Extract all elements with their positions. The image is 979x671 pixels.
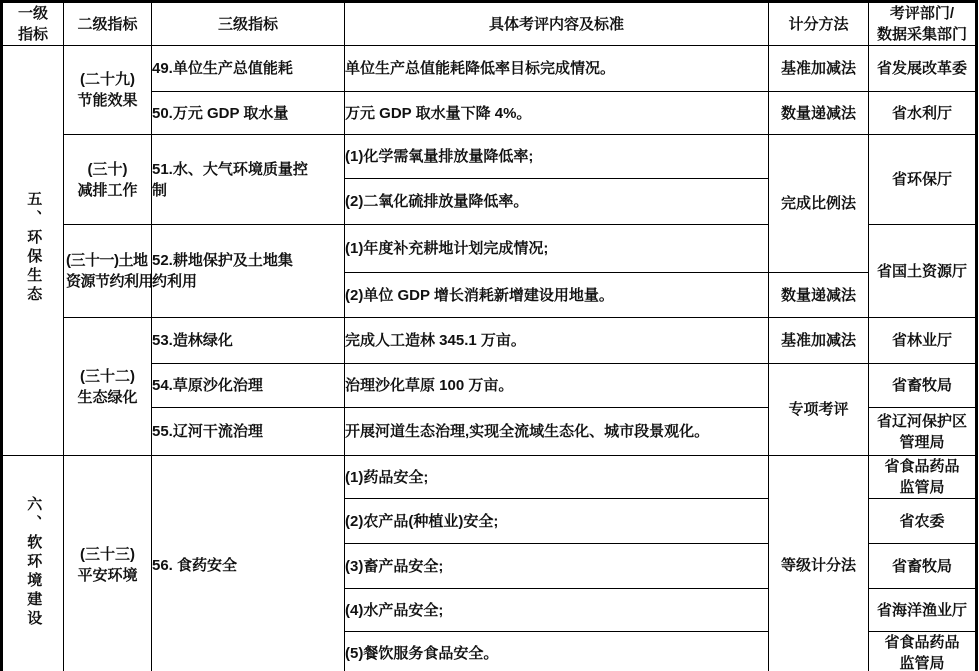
cell-level2-31: (三十一)土地 资源节约利用 [64,225,152,318]
level1-vertical-label: 六、软环境建设 [25,496,42,629]
cell-content-49: 单位生产总值能耗降低率目标完成情况。 [345,46,769,92]
cell-level3-56: 56. 食药安全 [152,456,345,671]
cell-method-49: 基准加减法 [769,46,869,92]
cell-level3-52: 52.耕地保护及土地集 约利用 [152,225,345,318]
cell-dept-56-2: 省农委 [869,499,977,544]
header-level1: 一级 指标 [2,2,64,46]
table-row: 六、软环境建设 (三十三) 平安环境 56. 食药安全 (1)药品安全; 等级计… [2,456,977,499]
cell-dept-49: 省发展改革委 [869,46,977,92]
cell-dept-56-3: 省畜牧局 [869,544,977,589]
cell-content-55: 开展河道生态治理,实现全流域生态化、城市段景观化。 [345,408,769,456]
cell-content-56-4: (4)水产品安全; [345,589,769,632]
document-page: 一级 指标 二级指标 三级指标 具体考评内容及标准 计分方法 考评部门/ 数据采… [0,0,979,671]
cell-content-51-1: (1)化学需氧量排放量降低率; [345,135,769,179]
cell-level2-29: (二十九) 节能效果 [64,46,152,135]
cell-level3-55: 55.辽河干流治理 [152,408,345,456]
cell-method-52-2: 数量递减法 [769,273,869,318]
header-dept-line2: 数据采集部门 [869,24,975,45]
header-content: 具体考评内容及标准 [345,2,769,46]
evaluation-table: 一级 指标 二级指标 三级指标 具体考评内容及标准 计分方法 考评部门/ 数据采… [0,0,978,671]
cell-dept-53: 省林业厅 [869,318,977,364]
cell-content-52-2: (2)单位 GDP 增长消耗新增建设用地量。 [345,273,769,318]
cell-level3-50: 50.万元 GDP 取水量 [152,92,345,135]
cell-dept-55: 省辽河保护区 管理局 [869,408,977,456]
header-method: 计分方法 [769,2,869,46]
table-row: (三十二) 生态绿化 53.造林绿化 完成人工造林 345.1 万亩。 基准加减… [2,318,977,364]
cell-method-51: 完成比例法 [769,135,869,273]
cell-level2-33: (三十三) 平安环境 [64,456,152,671]
cell-content-53: 完成人工造林 345.1 万亩。 [345,318,769,364]
cell-content-52-1: (1)年度补充耕地计划完成情况; [345,225,769,273]
cell-level3-53: 53.造林绿化 [152,318,345,364]
header-level3: 三级指标 [152,2,345,46]
cell-dept-51: 省环保厅 [869,135,977,225]
table-row: 五、环保生态 (二十九) 节能效果 49.单位生产总值能耗 单位生产总值能耗降低… [2,46,977,92]
cell-level3-54: 54.草原沙化治理 [152,364,345,408]
level1-vertical-label: 五、环保生态 [25,191,42,305]
cell-content-56-5: (5)餐饮服务食品安全。 [345,632,769,671]
cell-dept-56-1: 省食品药品 监管局 [869,456,977,499]
cell-content-50: 万元 GDP 取水量下降 4%。 [345,92,769,135]
table-row: (三十) 减排工作 51.水、大气环境质量控 制 (1)化学需氧量排放量降低率;… [2,135,977,179]
cell-method-54: 专项考评 [769,364,869,456]
cell-method-50: 数量递减法 [769,92,869,135]
cell-dept-52: 省国土资源厅 [869,225,977,318]
cell-method-56: 等级计分法 [769,456,869,671]
cell-level1-env-ecology: 五、环保生态 [2,46,64,456]
cell-content-56-1: (1)药品安全; [345,456,769,499]
cell-content-54: 治理沙化草原 100 万亩。 [345,364,769,408]
cell-level2-30: (三十) 减排工作 [64,135,152,225]
cell-content-56-3: (3)畜产品安全; [345,544,769,589]
cell-dept-56-5: 省食品药品 监管局 [869,632,977,671]
header-level1-line1: 一级 [3,3,63,24]
cell-dept-56-4: 省海洋渔业厅 [869,589,977,632]
cell-dept-50: 省水利厅 [869,92,977,135]
cell-content-56-2: (2)农产品(种植业)安全; [345,499,769,544]
header-level1-line2: 指标 [3,24,63,45]
cell-level3-51: 51.水、大气环境质量控 制 [152,135,345,225]
header-level2: 二级指标 [64,2,152,46]
cell-content-51-2: (2)二氧化硫排放量降低率。 [345,179,769,225]
header-dept-line1: 考评部门/ [869,3,975,24]
cell-dept-54: 省畜牧局 [869,364,977,408]
header-dept: 考评部门/ 数据采集部门 [869,2,977,46]
header-row: 一级 指标 二级指标 三级指标 具体考评内容及标准 计分方法 考评部门/ 数据采… [2,2,977,46]
cell-level3-49: 49.单位生产总值能耗 [152,46,345,92]
cell-method-53: 基准加减法 [769,318,869,364]
cell-level2-32: (三十二) 生态绿化 [64,318,152,456]
cell-level1-soft-env: 六、软环境建设 [2,456,64,671]
